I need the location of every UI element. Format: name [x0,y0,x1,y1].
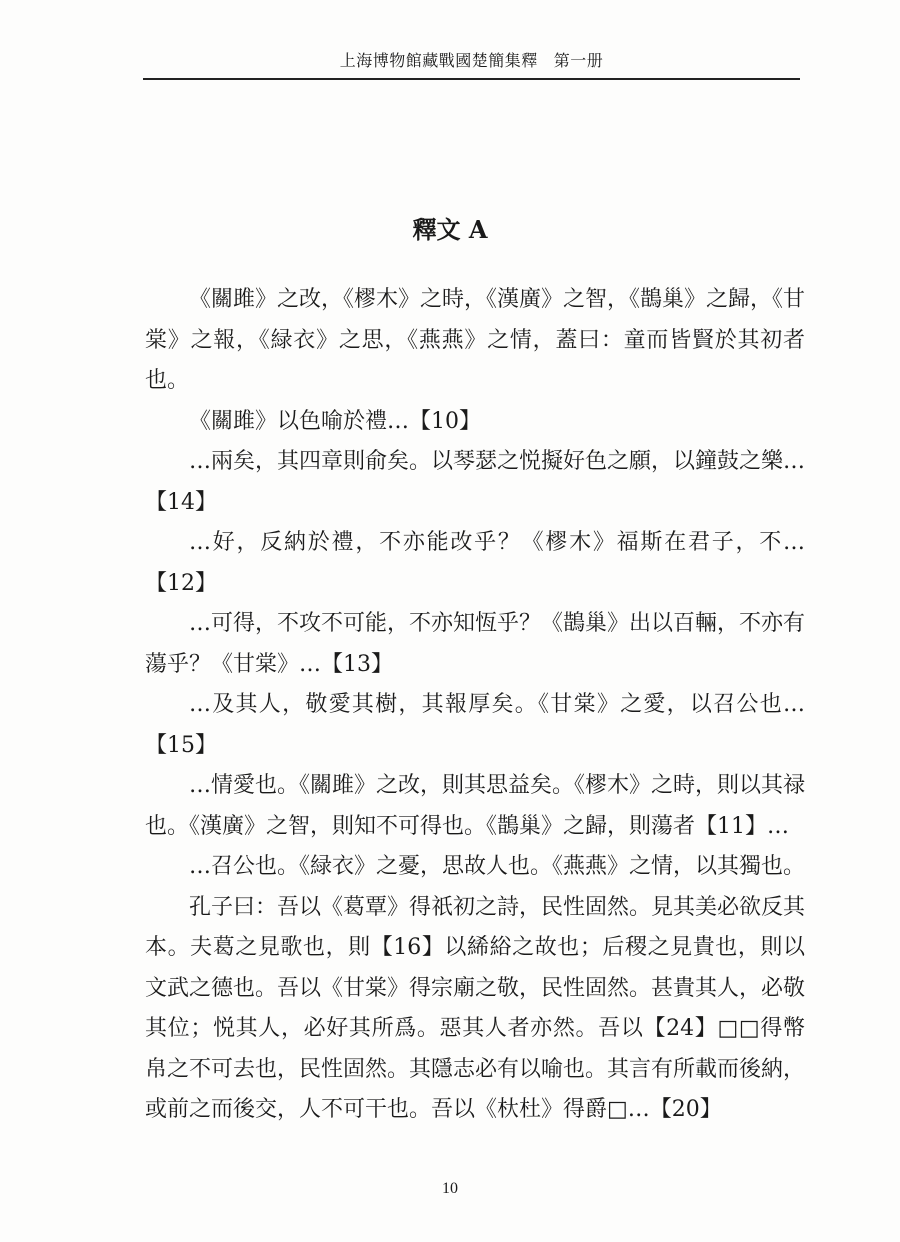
paragraph: …召公也。《緑衣》之憂，思故人也。《燕燕》之情，以其獨也。 [145,847,805,888]
paragraph: …兩矣，其四章則俞矣。以琴瑟之悦擬好色之願，以鐘鼓之樂…【14】 [145,442,805,523]
header-rule [143,78,800,80]
paragraph: …及其人，敬愛其樹，其報厚矣。《甘棠》之愛，以召公也…【15】 [145,685,805,766]
paragraph: …可得，不攻不可能，不亦知恆乎？《鵲巢》出以百輛，不亦有蕩乎？《甘棠》…【13】 [145,604,805,685]
transcription-body: 《關雎》之改，《樛木》之時，《漢廣》之智，《鵲巢》之歸，《甘棠》之報，《緑衣》之… [145,280,805,1131]
book-title: 上海博物館藏戰國楚簡集釋 [340,51,538,70]
paragraph: …好，反納於禮，不亦能改乎？《樛木》福斯在君子，不…【12】 [145,523,805,604]
section-title: 釋文 A [0,210,900,245]
paragraph: 《關雎》之改，《樛木》之時，《漢廣》之智，《鵲巢》之歸，《甘棠》之報，《緑衣》之… [145,280,805,402]
volume-label: 第一册 [554,51,604,70]
paragraph: …情愛也。《關雎》之改，則其思益矣。《樛木》之時，則以其禄也。《漢廣》之智，則知… [145,766,805,847]
paragraph: 《關雎》以色喻於禮…【10】 [145,402,805,443]
paragraph: 孔子曰：吾以《葛覃》得祇初之詩，民性固然。見其美必欲反其本。夫葛之見歌也，則【1… [145,888,805,1131]
page-number: 10 [0,1180,900,1198]
running-header: 上海博物館藏戰國楚簡集釋第一册 [143,48,800,71]
